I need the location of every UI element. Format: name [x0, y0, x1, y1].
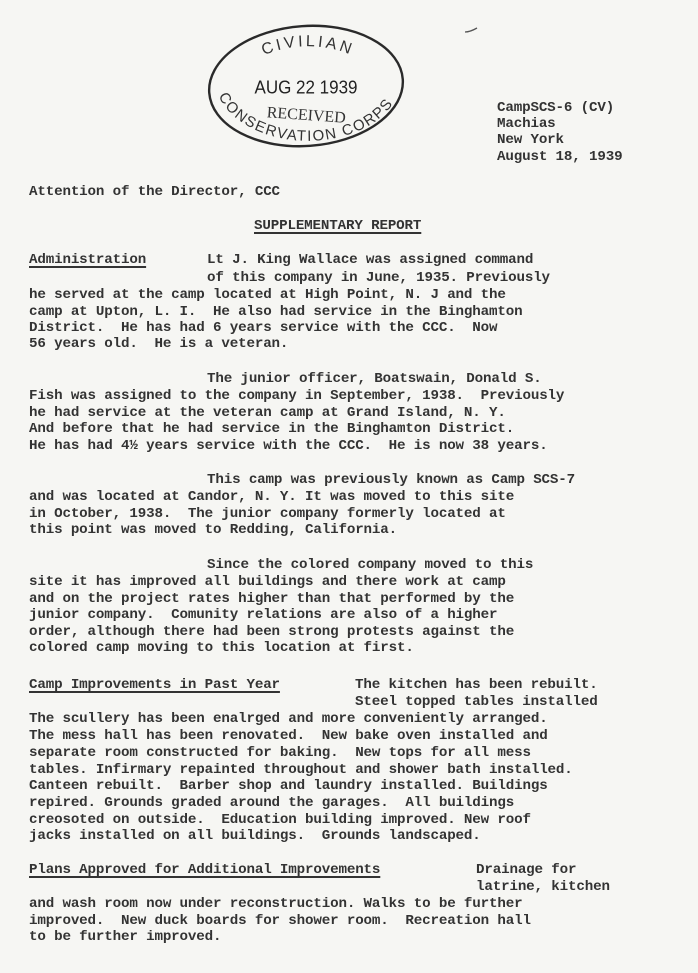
admin-para4-line: colored camp moving to this location at …: [29, 640, 414, 656]
attention-line: Attention of the Director, CCC: [29, 184, 280, 200]
admin-para3-line: and was located at Candor, N. Y. It was …: [29, 489, 514, 505]
admin-line: camp at Upton, L. I. He also had service…: [29, 304, 522, 320]
admin-para2-line: he had service at the veteran camp at Gr…: [29, 405, 506, 421]
admin-para2-line: Fish was assigned to the company in Sept…: [29, 388, 564, 404]
section-heading-improvements: Camp Improvements in Past Year: [29, 677, 280, 693]
admin-para4-line: site it has improved all buildings and t…: [29, 574, 506, 590]
admin-para2-line: And before that he had service in the Bi…: [29, 421, 514, 437]
plans-line: and wash room now under reconstruction. …: [29, 896, 522, 912]
admin-para2-line: The junior officer, Boatswain, Donald S.: [207, 371, 542, 387]
section-heading-administration: Administration: [29, 252, 146, 268]
camp-town: Machias: [497, 116, 556, 132]
improvements-line: creosoted on outside. Education building…: [29, 812, 531, 828]
admin-para4-line: Since the colored company moved to this: [207, 557, 533, 573]
improvements-line: tables. Infirmary repainted throughout a…: [29, 762, 573, 778]
improvements-line: separate room constructed for baking. Ne…: [29, 745, 531, 761]
report-title: SUPPLEMENTARY REPORT: [254, 218, 421, 234]
admin-line: of this company in June, 1935. Previousl…: [207, 270, 550, 286]
plans-line: latrine, kitchen: [476, 879, 610, 895]
improvements-line: repired. Grounds graded around the garag…: [29, 795, 514, 811]
improvements-line: Canteen rebuilt. Barber shop and laundry…: [29, 778, 548, 794]
admin-para2-line: He has had 4½ years service with the CCC…: [29, 438, 548, 454]
stamp-status: RECEIVED: [266, 104, 346, 126]
camp-id: CampSCS-6 (CV): [497, 100, 614, 116]
received-stamp: CIVILIAN CONSERVATION CORPS AUG 22 1939 …: [205, 22, 407, 150]
improvements-line: The scullery has been enalrged and more …: [29, 711, 548, 727]
admin-para3-line: this point was moved to Redding, Califor…: [29, 522, 397, 538]
stamp-date: AUG 22 1939: [255, 77, 358, 98]
svg-text:CIVILIAN: CIVILIAN: [259, 33, 356, 59]
document-page: CIVILIAN CONSERVATION CORPS AUG 22 1939 …: [0, 0, 698, 973]
letter-date: August 18, 1939: [497, 149, 622, 165]
admin-para3-line: This camp was previously known as Camp S…: [207, 472, 575, 488]
admin-para3-line: in October, 1938. The junior company for…: [29, 506, 506, 522]
camp-state: New York: [497, 132, 564, 148]
improvements-line: jacks installed on all buildings. Ground…: [29, 828, 481, 844]
improvements-line: The mess hall has been renovated. New ba…: [29, 728, 548, 744]
admin-line: 56 years old. He is a veteran.: [29, 336, 288, 352]
admin-line: District. He has had 6 years service wit…: [29, 320, 497, 336]
improvements-line: The kitchen has been rebuilt.: [355, 677, 598, 693]
admin-line: he served at the camp located at High Po…: [29, 287, 506, 303]
stamp-top-arc: CIVILIAN: [259, 33, 356, 59]
improvements-line: Steel topped tables installed: [355, 694, 598, 710]
admin-para4-line: junior company. Comunity relations are a…: [29, 607, 497, 623]
plans-line: to be further improved.: [29, 929, 221, 945]
admin-line: Lt J. King Wallace was assigned command: [207, 252, 533, 268]
admin-para4-line: and on the project rates higher than tha…: [29, 591, 514, 607]
pen-mark: [464, 20, 478, 26]
plans-line: Drainage for: [476, 862, 576, 878]
plans-line: improved. New duck boards for shower roo…: [29, 913, 531, 929]
admin-para4-line: order, although there had been strong pr…: [29, 624, 514, 640]
section-heading-plans: Plans Approved for Additional Improvemen…: [29, 862, 380, 878]
